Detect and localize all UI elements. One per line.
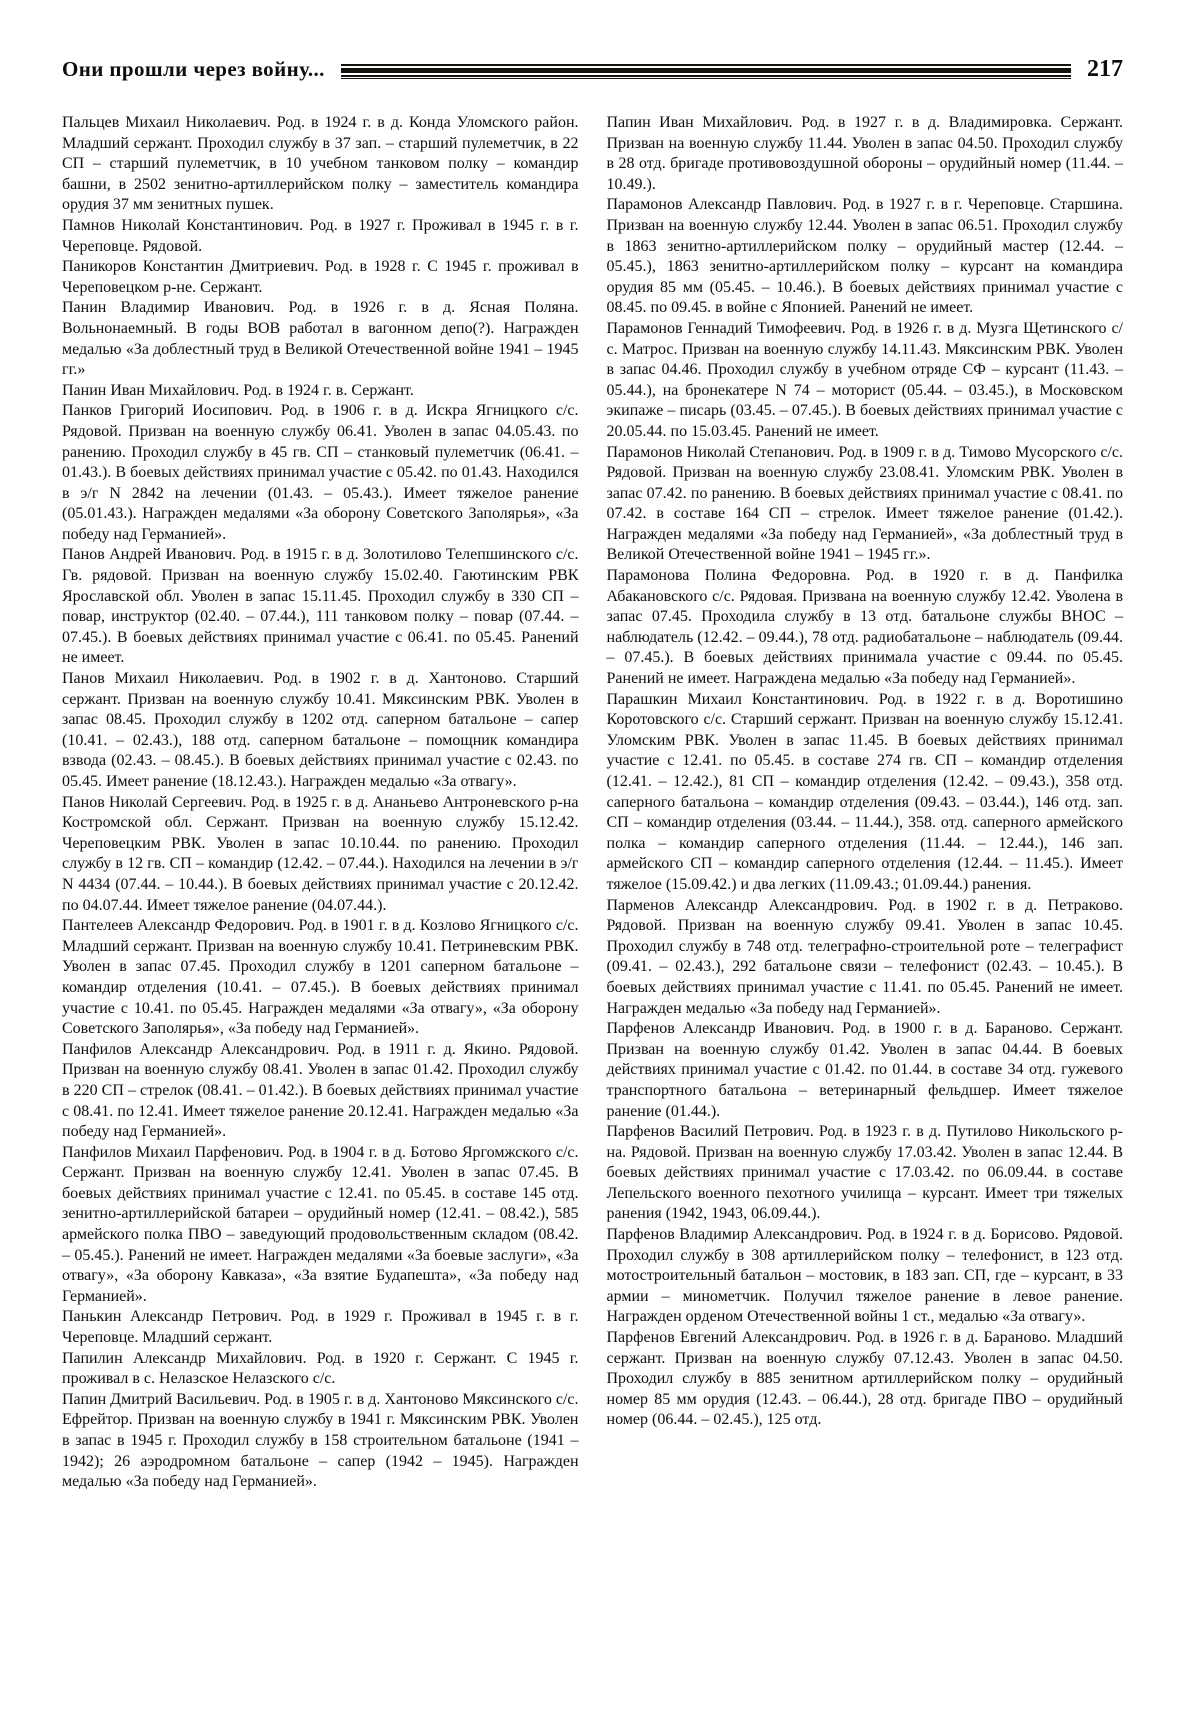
veteran-entry: Парамонов Александр Павлович. Род. в 192… [607, 195, 1124, 319]
veteran-entry: Парамонов Геннадий Тимофеевич. Род. в 19… [607, 319, 1124, 443]
veteran-entry: Парашкин Михаил Константинович. Род. в 1… [607, 690, 1124, 896]
page-header: Они прошли через войну... 217 [62, 56, 1123, 83]
page-number: 217 [1087, 56, 1123, 83]
veteran-entry: Парфенов Александр Иванович. Род. в 1900… [607, 1019, 1124, 1122]
veteran-entry: Парамонов Николай Степанович. Род. в 190… [607, 443, 1124, 567]
veteran-entry: Парфенов Владимир Александрович. Род. в … [607, 1225, 1124, 1328]
veteran-entry: Пантелеев Александр Федорович. Род. в 19… [62, 916, 579, 1040]
header-rule [341, 63, 1071, 79]
running-title: Они прошли через войну... [62, 57, 325, 82]
page-body: Пальцев Михаил Николаевич. Род. в 1924 г… [62, 113, 1123, 1493]
veteran-entry: Панфилов Михаил Парфенович. Род. в 1904 … [62, 1143, 579, 1308]
left-column: Пальцев Михаил Николаевич. Род. в 1924 г… [62, 113, 579, 1493]
veteran-entry: Панов Михаил Николаевич. Род. в 1902 г. … [62, 669, 579, 793]
veteran-entry: Парфенов Евгений Александрович. Род. в 1… [607, 1328, 1124, 1431]
veteran-entry: Панькин Александр Петрович. Род. в 1929 … [62, 1307, 579, 1348]
veteran-entry: Папилин Александр Михайлович. Род. в 192… [62, 1349, 579, 1390]
veteran-entry: Паникоров Константин Дмитриевич. Род. в … [62, 257, 579, 298]
veteran-entry: Парамонова Полина Федоровна. Род. в 1920… [607, 566, 1124, 690]
veteran-entry: Памнов Николай Константинович. Род. в 19… [62, 216, 579, 257]
veteran-entry: Папин Дмитрий Васильевич. Род. в 1905 г.… [62, 1390, 579, 1493]
veteran-entry: Панин Владимир Иванович. Род. в 1926 г. … [62, 298, 579, 380]
veteran-entry: Папин Иван Михайлович. Род. в 1927 г. в … [607, 113, 1124, 195]
veteran-entry: Парфенов Василий Петрович. Род. в 1923 г… [607, 1122, 1124, 1225]
veteran-entry: Панфилов Александр Александрович. Род. в… [62, 1040, 579, 1143]
veteran-entry: Панов Андрей Иванович. Род. в 1915 г. в … [62, 545, 579, 669]
veteran-entry: Панин Иван Михайлович. Род. в 1924 г. в.… [62, 381, 579, 402]
veteran-entry: Парменов Александр Александрович. Род. в… [607, 896, 1124, 1020]
veteran-entry: Панков Григорий Иосипович. Род. в 1906 г… [62, 401, 579, 545]
book-page: Они прошли через войну... 217 Пальцев Ми… [0, 0, 1185, 1716]
veteran-entry: Пальцев Михаил Николаевич. Род. в 1924 г… [62, 113, 579, 216]
right-column: Папин Иван Михайлович. Род. в 1927 г. в … [607, 113, 1124, 1493]
veteran-entry: Панов Николай Сергеевич. Род. в 1925 г. … [62, 793, 579, 917]
